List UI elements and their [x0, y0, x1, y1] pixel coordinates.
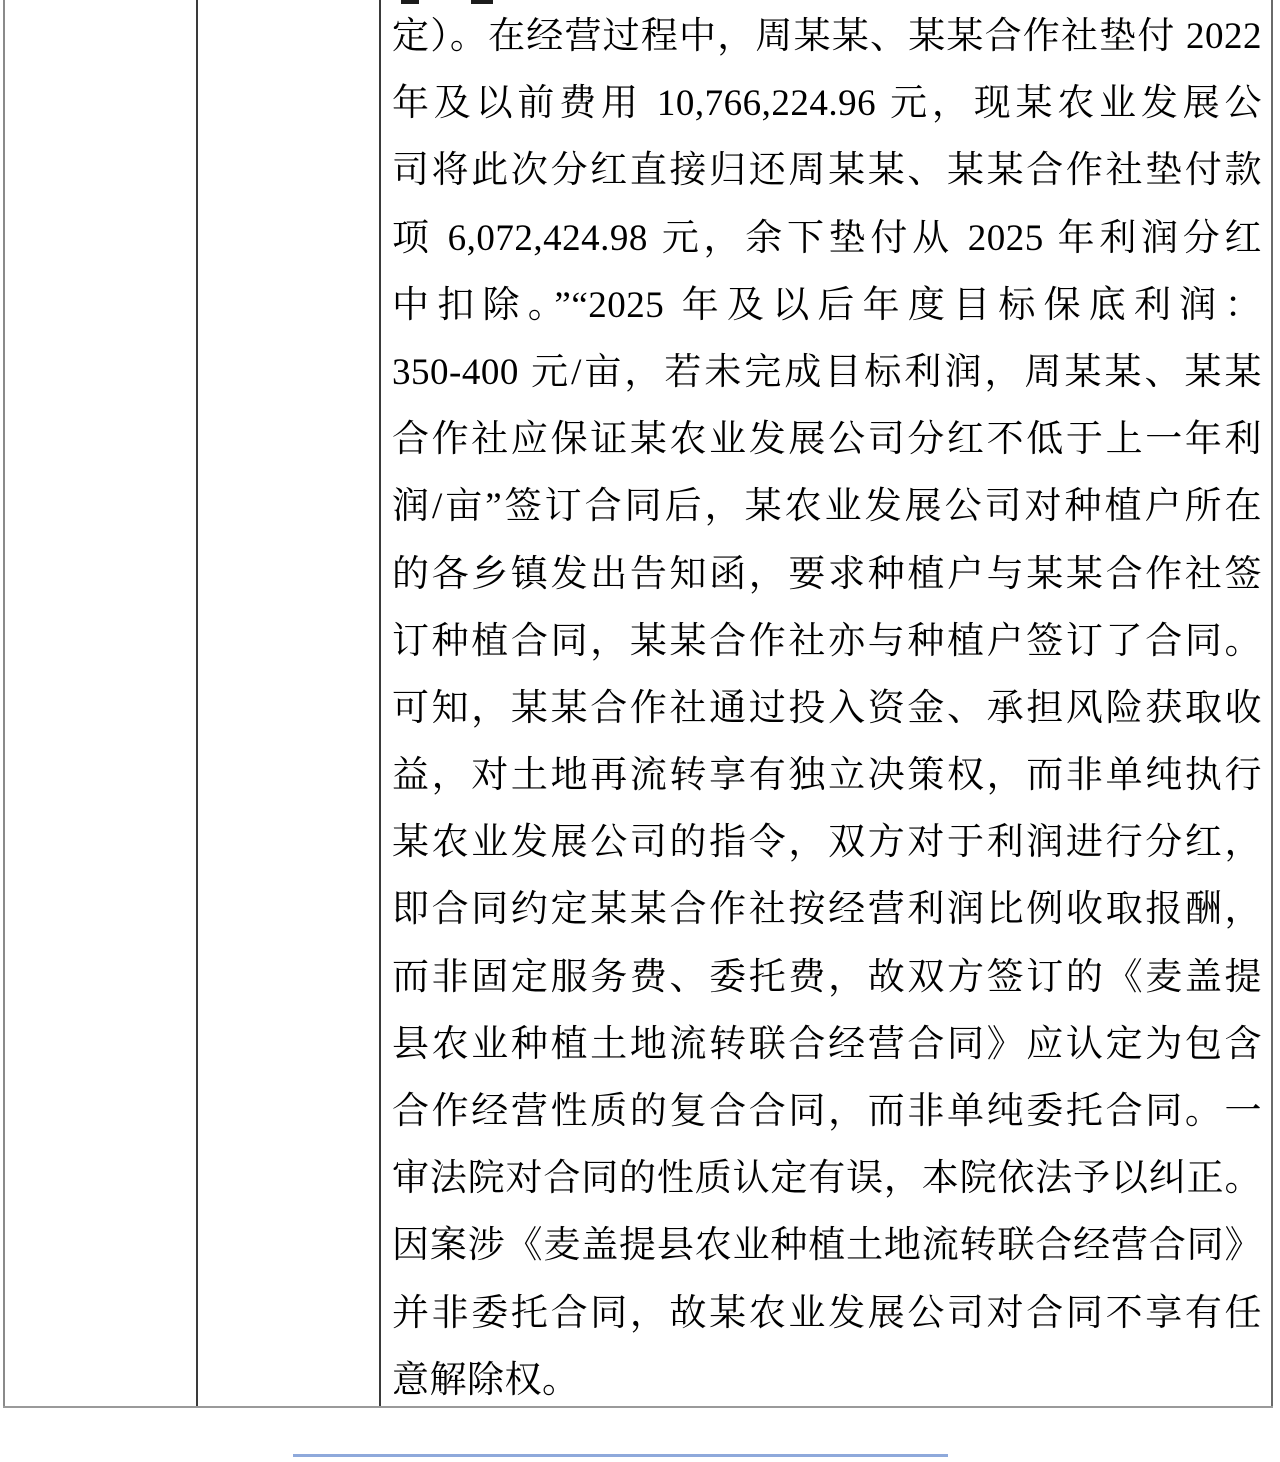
table-border-right [1271, 0, 1273, 1408]
text-line: 县农业种植土地流转联合经营合同》应认定为包含 [392, 1011, 1262, 1078]
table-cell-col1 [5, 0, 196, 1406]
text-line: 合作社应保证某农业发展公司分红不低于上一年利 [392, 406, 1262, 473]
text-line: 并非委托合同，故某农业发展公司对合同不享有任 [392, 1280, 1262, 1347]
footer-accent-line [293, 1454, 948, 1457]
text-line: 益，对土地再流转享有独立决策权，而非单纯执行 [392, 742, 1262, 809]
text-line: 年及以前费用 10,766,224.96 元，现某农业发展公 [392, 70, 1262, 137]
text-line: 即合同约定某某合作社按经营利润比例收取报酬， [392, 876, 1262, 943]
text-line: 审法院对合同的性质认定有误，本院依法予以纠正。 [392, 1145, 1262, 1212]
text-line: 项 6,072,424.98 元，余下垫付从 2025 年利润分红 [392, 205, 1262, 272]
text-line: 中扣除。”“2025 年及以后年度目标保底利润： [392, 272, 1262, 339]
table-cell-col2 [198, 0, 379, 1406]
text-line: 意解除权。 [392, 1347, 1262, 1414]
table-column-divider-2 [379, 0, 381, 1408]
text-line: 某农业发展公司的指令，双方对于利润进行分红， [392, 809, 1262, 876]
document-page: 定）。在经营过程中，周某某、某某合作社垫付 2022年及以前费用 10,766,… [0, 0, 1280, 1462]
text-line: 的各乡镇发出告知函，要求种植户与某某合作社签 [392, 541, 1262, 608]
table-cell-reasoning-text: 定）。在经营过程中，周某某、某某合作社垫付 2022年及以前费用 10,766,… [392, 3, 1262, 1414]
text-line: 定）。在经营过程中，周某某、某某合作社垫付 2022 [392, 3, 1262, 70]
text-line: 可知，某某合作社通过投入资金、承担风险获取收 [392, 675, 1262, 742]
text-line: 而非固定服务费、委托费，故双方签订的《麦盖提 [392, 944, 1262, 1011]
text-line: 司将此次分红直接归还周某某、某某合作社垫付款 [392, 137, 1262, 204]
text-line: 润/亩”签订合同后，某农业发展公司对种植户所在 [392, 473, 1262, 540]
text-line: 订种植合同，某某合作社亦与种植户签订了合同。 [392, 608, 1262, 675]
text-line: 合作经营性质的复合合同，而非单纯委托合同。一 [392, 1078, 1262, 1145]
text-line: 350-400 元/亩，若未完成目标利润，周某某、某某 [392, 339, 1262, 406]
text-line: 因案涉《麦盖提县农业种植土地流转联合经营合同》 [392, 1212, 1262, 1279]
